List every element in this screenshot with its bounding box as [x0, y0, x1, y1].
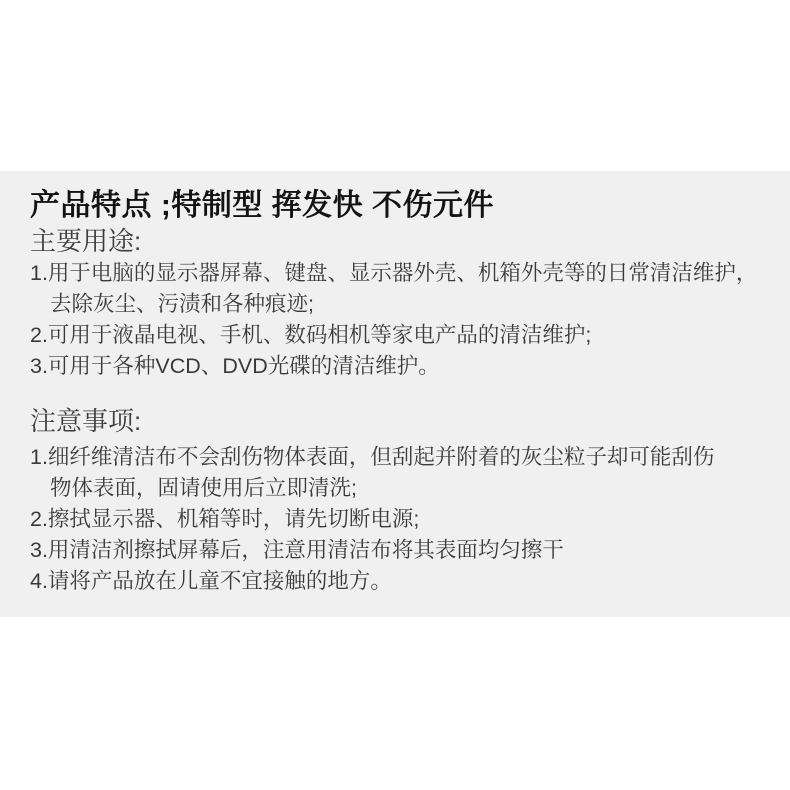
usage-item-3: 3.可用于各种VCD、DVD光碟的清洁维护。	[30, 351, 772, 382]
notes-item-4: 4.请将产品放在儿童不宜接触的地方。	[30, 566, 772, 597]
usage-list: 1.用于电脑的显示器屏幕、键盘、显示器外壳、机箱外壳等的日常清洁维护， 去除灰尘…	[30, 258, 772, 382]
usage-section: 主要用途: 1.用于电脑的显示器屏幕、键盘、显示器外壳、机箱外壳等的日常清洁维护…	[30, 224, 772, 382]
usage-item-2: 2.可用于液晶电视、手机、数码相机等家电产品的清洁维护;	[30, 320, 772, 351]
notes-item-3: 3.用清洁剂擦拭屏幕后，注意用清洁布将其表面均匀擦干	[30, 535, 772, 566]
notes-section: 注意事项: 1.细纤维清洁布不会刮伤物体表面，但刮起并附着的灰尘粒子却可能刮伤 …	[30, 404, 772, 597]
product-info-panel: 产品特点 ;特制型 挥发快 不伤元件 主要用途: 1.用于电脑的显示器屏幕、键盘…	[0, 171, 790, 617]
product-features-title: 产品特点 ;特制型 挥发快 不伤元件	[30, 187, 772, 224]
notes-item-1-line-1: 1.细纤维清洁布不会刮伤物体表面，但刮起并附着的灰尘粒子却可能刮伤	[30, 442, 772, 473]
notes-list: 1.细纤维清洁布不会刮伤物体表面，但刮起并附着的灰尘粒子却可能刮伤 物体表面，固…	[30, 442, 772, 597]
usage-item-1-line-1: 1.用于电脑的显示器屏幕、键盘、显示器外壳、机箱外壳等的日常清洁维护，	[30, 258, 772, 289]
notes-item-2: 2.擦拭显示器、机箱等时，请先切断电源;	[30, 504, 772, 535]
notes-section-heading: 注意事项:	[30, 404, 772, 438]
usage-section-heading: 主要用途:	[30, 224, 772, 258]
notes-item-1-line-2: 物体表面，固请使用后立即清洗;	[30, 473, 772, 504]
product-detail-page: 产品特点 ;特制型 挥发快 不伤元件 主要用途: 1.用于电脑的显示器屏幕、键盘…	[0, 0, 790, 790]
usage-item-1-line-2: 去除灰尘、污渍和各种痕迹;	[30, 289, 772, 320]
